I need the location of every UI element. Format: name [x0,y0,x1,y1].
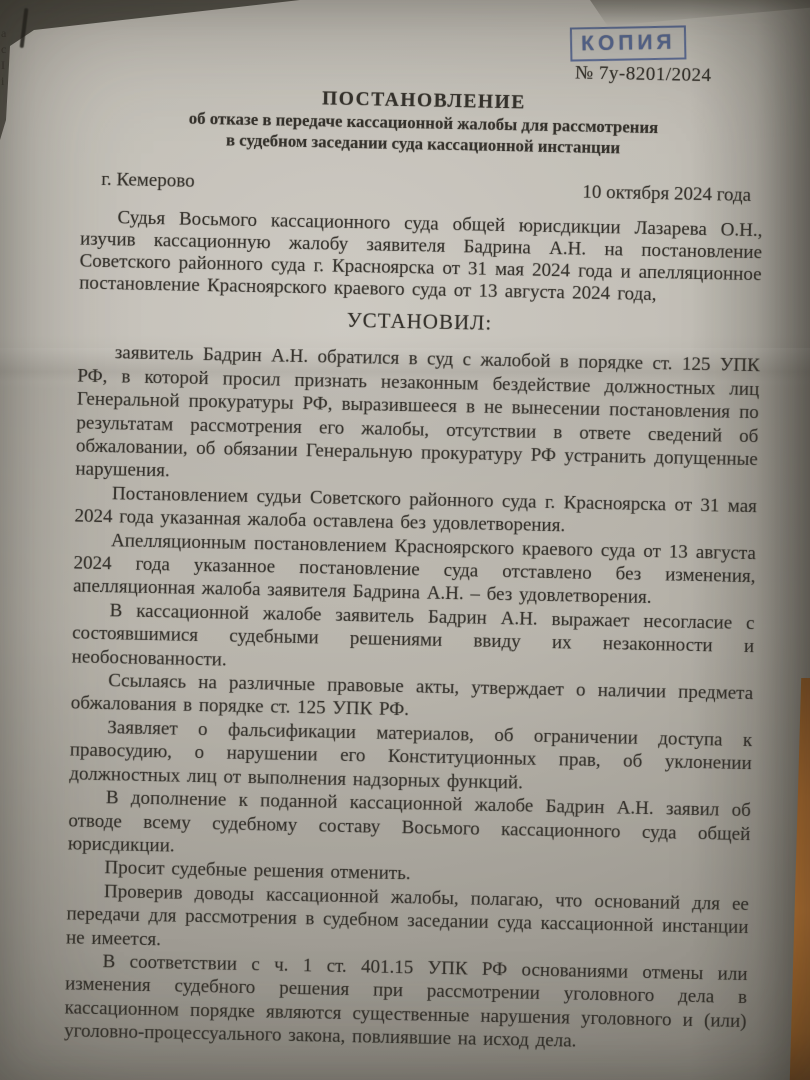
document-page: КОПИЯ № 7у-8201/2024 ПОСТАНОВЛЕНИЕ об от… [64,0,767,1057]
document-body: заявитель Бадрин А.Н. обратился в суд с … [64,341,760,1057]
margin-mark: а [1,26,15,41]
place-date-row: г. Кемерово 10 октября 2024 года [81,169,763,205]
body-paragraph-3: Апелляционным постановлением Красноярско… [73,528,756,612]
place-label: г. Кемерово [101,169,195,193]
margin-mark: с [1,42,15,57]
body-paragraph-1: заявитель Бадрин А.Н. обратился в суд с … [75,341,760,495]
margin-marks: а с І і [1,26,15,89]
body-paragraph-10: В соответствии с ч. 1 ст. 401.15 УПК РФ … [64,949,748,1056]
established-heading: УСТАНОВИЛ: [78,304,760,341]
copy-stamp: КОПИЯ [569,25,686,61]
preamble-paragraph: Судья Восьмого кассационного суда общей … [79,207,763,308]
date-label: 10 октября 2024 года [582,182,751,207]
margin-mark: І [1,58,15,73]
document-photo: а с І і КОПИЯ № 7у-8201/2024 ПОСТАНОВЛЕН… [0,0,810,1080]
margin-mark: і [1,74,15,89]
